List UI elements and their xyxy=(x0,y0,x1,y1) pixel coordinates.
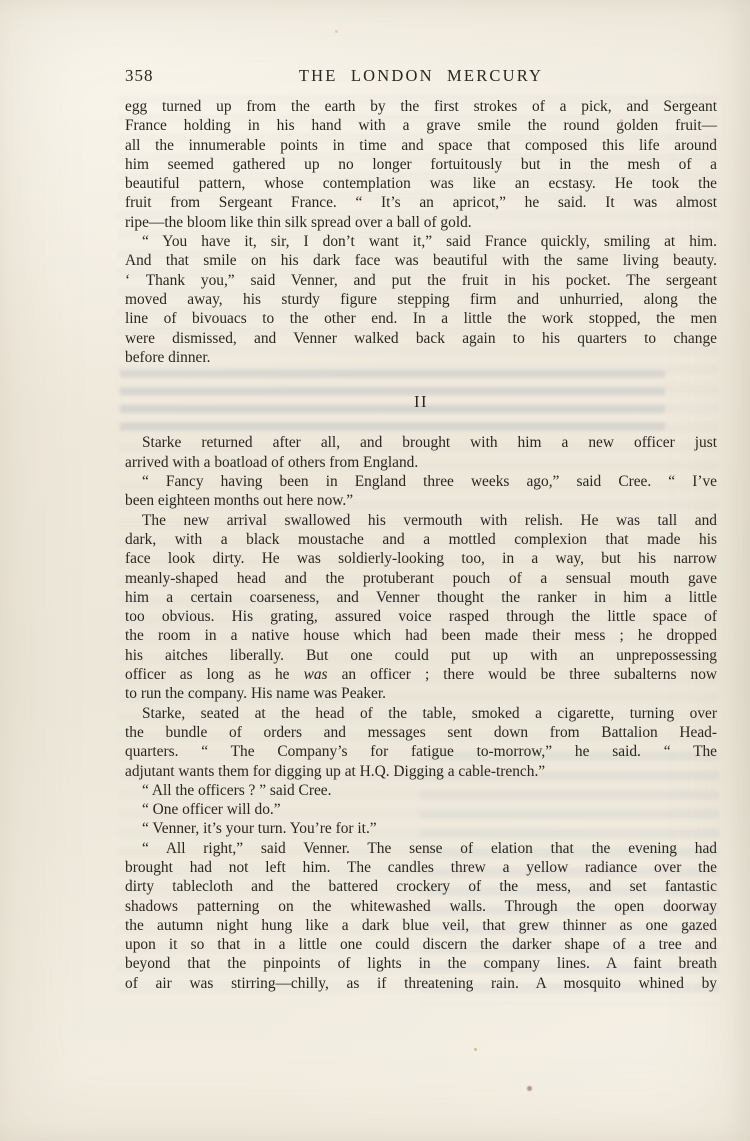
text-line: egg turned up from the earth by the firs… xyxy=(125,97,717,116)
section-heading: II xyxy=(125,392,717,411)
text-line: arrived with a boatload of others from E… xyxy=(125,453,717,472)
text-line: before dinner. xyxy=(125,348,717,367)
text-line: him a certain coarseness, and Venner tho… xyxy=(125,588,717,607)
text-line: dirty tablecloth and the battered crocke… xyxy=(125,877,717,896)
text-line: been eighteen months out here now.” xyxy=(125,491,717,510)
text-line: “ You have it, sir, I don’t want it,” sa… xyxy=(125,232,717,251)
text-line: Starke returned after all, and brought w… xyxy=(125,433,717,452)
text-line: “ All right,” said Venner. The sense of … xyxy=(125,839,717,858)
paper-speck xyxy=(335,30,338,33)
page-body: egg turned up from the earth by the firs… xyxy=(125,97,717,993)
text-line: the autumn night hung like a dark blue v… xyxy=(125,916,717,935)
text-line: moved away, his sturdy figure stepping f… xyxy=(125,290,717,309)
text-line: meanly-shaped head and the protuberant p… xyxy=(125,569,717,588)
text-line: France holding in his hand with a grave … xyxy=(125,116,717,135)
journal-title: THE LONDON MERCURY xyxy=(299,66,543,86)
text-line: to run the company. His name was Peaker. xyxy=(125,684,717,703)
paper-speck xyxy=(620,119,623,122)
paragraph: “ All the officers ? ” said Cree. xyxy=(125,781,717,800)
text-line: him seemed gathered up no longer fortuit… xyxy=(125,155,717,174)
text-line: And that smile on his dark face was beau… xyxy=(125,251,717,270)
paragraph: “ You have it, sir, I don’t want it,” sa… xyxy=(125,232,717,367)
paragraph: “ One officer will do.” xyxy=(125,800,717,819)
text-line: “ One officer will do.” xyxy=(125,800,717,819)
paragraph: egg turned up from the earth by the firs… xyxy=(125,97,717,232)
text-line: shadows patterning on the whitewashed wa… xyxy=(125,897,717,916)
text-line: brought had not left him. The candles th… xyxy=(125,858,717,877)
text-line: Starke, seated at the head of the table,… xyxy=(125,704,717,723)
paragraph: The new arrival swallowed his vermouth w… xyxy=(125,511,717,704)
text-line: ‘ Thank you,” said Venner, and put the f… xyxy=(125,271,717,290)
text-line: The new arrival swallowed his vermouth w… xyxy=(125,511,717,530)
text-line: beyond that the pinpoints of lights in t… xyxy=(125,954,717,973)
text-line: of air was stirring—chilly, as if threat… xyxy=(125,974,717,993)
page-number: 358 xyxy=(125,66,154,86)
text-line: adjutant wants them for digging up at H.… xyxy=(125,762,717,781)
text-line: all the innumerable points in time and s… xyxy=(125,136,717,155)
paper-speck xyxy=(474,1048,477,1051)
text-line: the room in a native house which had bee… xyxy=(125,626,717,645)
paragraph: “ All right,” said Venner. The sense of … xyxy=(125,839,717,993)
text-line: line of bivouacs to the other end. In a … xyxy=(125,309,717,328)
text-line: officer as long as he was an officer ; t… xyxy=(125,665,717,684)
paragraph: Starke, seated at the head of the table,… xyxy=(125,704,717,781)
text-line: face look dirty. He was soldierly-lookin… xyxy=(125,549,717,568)
text-line: “ Venner, it’s your turn. You’re for it.… xyxy=(125,819,717,838)
book-page-scan: { "page": { "colors": { "paper": "#f1ecd… xyxy=(0,0,750,1141)
text-line: were dismissed, and Venner walked back a… xyxy=(125,329,717,348)
text-line: quarters. “ The Company’s for fatigue to… xyxy=(125,742,717,761)
paragraph: Starke returned after all, and brought w… xyxy=(125,433,717,472)
text-line: dark, with a black moustache and a mottl… xyxy=(125,530,717,549)
text-line: his aitches liberally. But one could put… xyxy=(125,646,717,665)
text-line: fruit from Sergeant France. “ It’s an ap… xyxy=(125,193,717,212)
text-line: upon it so that in a little one could di… xyxy=(125,935,717,954)
text-line: the bundle of orders and messages sent d… xyxy=(125,723,717,742)
text-line: “ Fancy having been in England three wee… xyxy=(125,472,717,491)
paper-speck xyxy=(527,1086,532,1091)
paragraph: “ Venner, it’s your turn. You’re for it.… xyxy=(125,819,717,838)
text-line: too obvious. His grating, assured voice … xyxy=(125,607,717,626)
text-line: ripe—the bloom like thin silk spread ove… xyxy=(125,213,717,232)
text-line: beautiful pattern, whose contemplation w… xyxy=(125,174,717,193)
paragraph: “ Fancy having been in England three wee… xyxy=(125,472,717,511)
page-header: 358 THE LONDON MERCURY xyxy=(125,65,717,89)
text-line: “ All the officers ? ” said Cree. xyxy=(125,781,717,800)
